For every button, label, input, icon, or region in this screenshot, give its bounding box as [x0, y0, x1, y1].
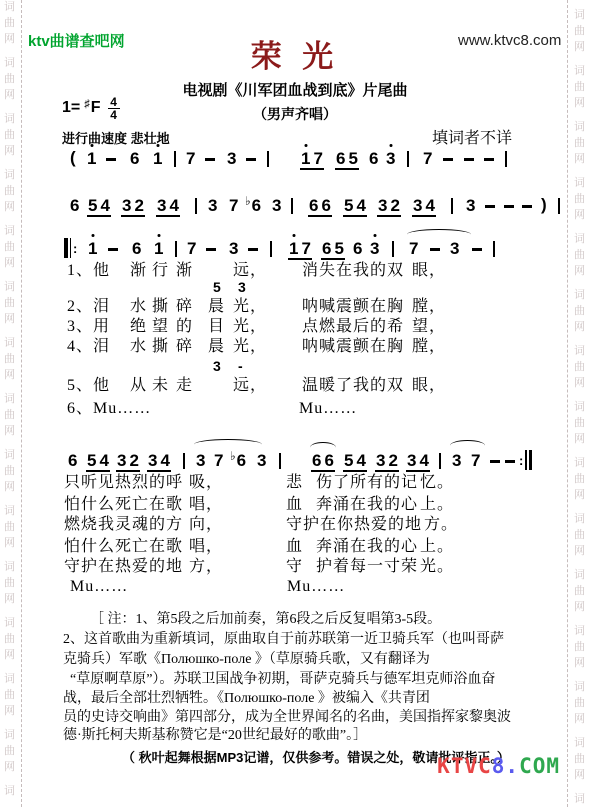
notation-note: 7 [471, 452, 480, 469]
barline [493, 241, 495, 257]
barline [183, 453, 185, 469]
chorus-lyric-segment: 悲 [286, 474, 303, 491]
barline [175, 241, 177, 257]
notation-note: 6 [324, 452, 333, 469]
notation-note: 7 [313, 150, 322, 167]
notation-note: 4 [99, 452, 108, 469]
notation-note: 6 [130, 150, 139, 167]
duration-dash [106, 158, 116, 161]
chorus-lyric-segment: 怕什么死亡在歌 [64, 538, 183, 555]
repeat-end-sign: : [519, 450, 532, 470]
watermark-right-char: 网 [574, 658, 585, 669]
key-letter: F [91, 97, 101, 119]
notation-beam-group: 32 [121, 197, 145, 217]
chorus-lyric-segment: 燃烧我灵魂的方 [64, 516, 183, 533]
notation-note: 7 [187, 240, 196, 257]
notation-beam-group: 34 [406, 452, 430, 472]
watermark-right-char: 词 [574, 10, 585, 21]
watermark-right-char: 网 [574, 98, 585, 109]
watermark-left-char: 词 [4, 282, 15, 293]
watermark-left-char: 词 [4, 338, 15, 349]
grace-note: 5 [213, 280, 221, 294]
watermark-right-char: 网 [574, 714, 585, 725]
watermark-left-char: 曲 [4, 354, 15, 365]
verse-lyric-segment: 6、Mu…… [67, 400, 151, 417]
notation-note: 5 [87, 452, 96, 469]
repeat-bar-thin [525, 450, 527, 470]
verse-lyric-segment: 碎 [176, 298, 193, 315]
chorus-lyric-segment: 伤了所有的记 [316, 474, 418, 491]
notation-note: 1 [301, 150, 310, 167]
barline [407, 151, 409, 167]
watermark-right-char: 词 [574, 66, 585, 77]
verse-lyric-segment: 1、他 [67, 262, 110, 279]
barline [174, 151, 176, 167]
barline [270, 241, 272, 257]
watermark-right-char: 曲 [574, 26, 585, 37]
notation-note: 7 [186, 150, 195, 167]
watermark-left-char: 曲 [4, 466, 15, 477]
chorus-lyric-segment: 守护在热爱的地 [64, 558, 183, 575]
grace-note: 3 [213, 359, 221, 373]
watermark-left-char: 曲 [4, 410, 15, 421]
verse-lyric-segment: 晨 [208, 338, 225, 355]
notation-note: 7 [409, 240, 418, 257]
notation-beam-group: 65 [321, 240, 345, 260]
duration-dash [504, 205, 514, 208]
watermark-left-char: 网 [4, 426, 15, 437]
duration-dash [246, 158, 256, 161]
notation-note: 3 [370, 240, 379, 257]
watermark-left-char: 网 [4, 146, 15, 157]
grace-note: - [238, 359, 243, 373]
footnote-line: 克骑兵）军歌《Полюшко-поле 》（草原骑兵歌，又有翻译为 [63, 652, 430, 667]
chorus-lyric-segment: 守护在你热爱的地 [286, 516, 422, 533]
watermark-left-char: 词 [4, 394, 15, 405]
verse-lyric-segment: 2、泪 [67, 298, 110, 315]
watermark-left-char: 网 [4, 202, 15, 213]
watermark-left-char: 曲 [4, 522, 15, 533]
verse-lyric-segment: 晨 [208, 298, 225, 315]
sharp-sign: ♯ [84, 97, 90, 111]
notation-note: 1 [289, 240, 298, 257]
verse-lyric-segment: 撕 [152, 338, 169, 355]
watermark-right-char: 网 [574, 434, 585, 445]
notation-note: 6 [312, 452, 321, 469]
watermark-right-char: 曲 [574, 362, 585, 373]
duration-dash [443, 158, 453, 161]
verse-lyric-segment: 碎 [176, 338, 193, 355]
chorus-lyric-segment: 奔涌在我的心 [316, 496, 418, 513]
chorus-lyric-segment: 方。 [424, 516, 458, 533]
verse-lyric-segment: 撕 [152, 298, 169, 315]
notation-beam-group: 65 [335, 150, 359, 170]
footnote-line: ［ 注：1、第5段之后加前奏，第6段之后反复唱第3-5段。 [90, 612, 441, 627]
verse-lyric-segment: 呐喊震颤在胸 [302, 298, 404, 315]
watermark-left-char: 词 [4, 226, 15, 237]
watermark-left-char: 网 [4, 314, 15, 325]
watermark-right-char: 网 [574, 154, 585, 165]
notation-note: 6 [369, 150, 378, 167]
watermark-right-char: 曲 [574, 586, 585, 597]
watermark-left-char: 曲 [4, 74, 15, 85]
watermark-left-char: 词 [4, 2, 15, 13]
verse-lyric-segment: 5、他 [67, 377, 110, 394]
verse-lyric-segment: 水 [130, 298, 147, 315]
watermark-left-char: 网 [4, 90, 15, 101]
notation-note: 6 [309, 197, 318, 214]
watermark-right-char: 词 [574, 794, 585, 805]
watermark-right-char: 词 [574, 626, 585, 637]
notation-note: 1 [153, 150, 162, 167]
notation-note: 6 [336, 150, 345, 167]
watermark-right-char: 网 [574, 322, 585, 333]
watermark-right-char: 网 [574, 546, 585, 557]
key-signature: 1= ♯ F 4 4 [62, 97, 120, 121]
notation-note: 7 [229, 197, 238, 214]
watermark-right-char: 词 [574, 122, 585, 133]
sheet-music-page: ktv曲谱查吧网 www.ktvc8.com 荣 光 电视剧《川军团血战到底》片… [0, 0, 590, 807]
notation-beam-group: 34 [147, 452, 171, 472]
chorus-lyric-segment: Mu…… [287, 578, 345, 595]
chorus-lyric-segment: 血 [286, 496, 303, 513]
watermark-left-char: 曲 [4, 690, 15, 701]
watermark-right-char: 词 [574, 402, 585, 413]
notation-note: 3 [386, 150, 395, 167]
chorus-lyric-segment: 唱， [189, 496, 223, 513]
watermark-right-char: 网 [574, 490, 585, 501]
repeat-begin-sign: : [64, 238, 77, 258]
lyricist-credit: 填词者不详 [432, 125, 512, 148]
verse-lyric-segment: 远， [233, 262, 267, 279]
verse-lyric-segment: 膛， [412, 338, 446, 355]
notation-note: 3 [208, 197, 217, 214]
notation-note: 1 [88, 240, 97, 257]
notation-note: 1 [154, 240, 163, 257]
notation-note: 6 [70, 197, 79, 214]
notation-beam-group: 54 [86, 452, 110, 472]
repeat-bar-thick [64, 238, 68, 258]
verse-lyric-segment: 绝 [130, 318, 147, 335]
footnote-line: 战，最后全部壮烈牺牲。《Полюшко-поле 》被编入《共青团 [63, 691, 430, 706]
notation-note: 3 [148, 452, 157, 469]
notation-note: 3 [466, 197, 475, 214]
verse-lyric-segment: 目 [208, 318, 225, 335]
repeat-dots: : [73, 242, 77, 255]
notation-note: 5 [344, 197, 353, 214]
watermark-left-char: 网 [4, 258, 15, 269]
flat-sign: ♭ [230, 450, 236, 462]
footnote-line: 德·斯托柯夫斯基称赞它是“20世纪最好的歌曲”。］ [63, 728, 367, 743]
duration-dash [205, 158, 215, 161]
notation-symbol: ) [541, 196, 547, 213]
notation-beam-group: 34 [156, 197, 180, 217]
watermark-left-char: 曲 [4, 186, 15, 197]
notation-beam-group: 34 [412, 197, 436, 217]
notation-note: 3 [272, 197, 281, 214]
logo-segment: . [505, 754, 519, 778]
watermark-right-char: 曲 [574, 306, 585, 317]
duration-dash [206, 248, 216, 251]
chorus-lyric-segment: Mu…… [70, 578, 128, 595]
notation-note: 5 [344, 452, 353, 469]
notation-note: 6 [132, 240, 141, 257]
watermark-right-char: 网 [574, 266, 585, 277]
duration-dash [430, 248, 440, 251]
barline [267, 151, 269, 167]
watermark-right-char: 词 [574, 234, 585, 245]
duration-dash [464, 158, 474, 161]
notation-note: 3 [257, 452, 266, 469]
watermark-right-char: 词 [574, 514, 585, 525]
verse-lyric-segment: 远， [233, 377, 267, 394]
watermark-left-char: 网 [4, 762, 15, 773]
notation-beam-group: 32 [116, 452, 140, 472]
logo-segment: COM [519, 754, 560, 778]
verse-lyric-segment: 渐 [176, 262, 193, 279]
watermark-right-char: 词 [574, 290, 585, 301]
watermark-left-char: 网 [4, 34, 15, 45]
watermark-right-char: 曲 [574, 418, 585, 429]
notation-beam-group: 17 [288, 240, 312, 260]
chorus-lyric-segment: 唱， [189, 538, 223, 555]
notation-note: 3 [117, 452, 126, 469]
watermark-right-char: 网 [574, 602, 585, 613]
verse-lyric-segment: 光， [233, 298, 267, 315]
watermark-right-char: 曲 [574, 474, 585, 485]
notation-note: 3 [450, 240, 459, 257]
notation-note: 3 [227, 150, 236, 167]
verse-lyric-segment: 行 [152, 262, 169, 279]
barline [451, 198, 453, 214]
notation-note: 3 [157, 197, 166, 214]
verse-lyric-segment: 点燃最后的希 [302, 318, 404, 335]
watermark-left-char: 曲 [4, 18, 15, 29]
watermark-right-char: 网 [574, 210, 585, 221]
watermark-left-char: 网 [4, 650, 15, 661]
watermark-left-char: 网 [4, 482, 15, 493]
notation-note: 6 [252, 197, 261, 214]
notation-note: 2 [390, 197, 399, 214]
barline [291, 198, 293, 214]
flat-note: ♭6 [245, 197, 261, 214]
notation-beam-group: 54 [87, 197, 111, 217]
verse-lyric-segment: 水 [130, 338, 147, 355]
chorus-lyric-segment: 方， [189, 558, 223, 575]
watermark-right-char: 曲 [574, 754, 585, 765]
notation-note: 7 [214, 452, 223, 469]
slur-arc [194, 439, 262, 450]
notation-note: 6 [353, 240, 362, 257]
key-prefix: 1= [62, 97, 80, 119]
verse-lyric-segment: 温暖了我的双 [302, 377, 404, 394]
notation-note: 3 [122, 197, 131, 214]
verse-lyric-segment: 从 [130, 377, 147, 394]
notation-note: 4 [425, 197, 434, 214]
slur-arc [450, 440, 485, 451]
watermark-right-char: 曲 [574, 530, 585, 541]
watermark-left-char: 词 [4, 674, 15, 685]
watermark-right-char: 网 [574, 378, 585, 389]
slur-arc [407, 229, 471, 240]
verse-lyric-segment: 望 [152, 318, 169, 335]
barline [439, 453, 441, 469]
chorus-lyric-segment: 光。 [420, 558, 454, 575]
watermark-right-char: 词 [574, 458, 585, 469]
verse-lyric-segment: 眼， [412, 262, 446, 279]
meter-numerator: 4 [108, 97, 120, 108]
repeat-bar-thin [70, 238, 72, 258]
duration-dash [490, 460, 500, 463]
chorus-lyric-segment: 忆。 [420, 474, 454, 491]
notation-note: 3 [413, 197, 422, 214]
watermark-left-char: 词 [4, 450, 15, 461]
watermark-left-char: 曲 [4, 746, 15, 757]
chorus-lyric-segment: 上。 [420, 496, 454, 513]
notation-note: 5 [348, 150, 357, 167]
notation-beam-group: 54 [343, 197, 367, 217]
meter-denominator: 4 [108, 108, 120, 121]
chorus-lyric-segment: 守 [286, 558, 303, 575]
verse-lyric-segment: 渐 [130, 262, 147, 279]
watermark-right-char: 词 [574, 682, 585, 693]
watermark-right-char: 网 [574, 770, 585, 781]
watermark-left-char: 词 [4, 562, 15, 573]
repeat-dots: : [519, 454, 523, 467]
watermark-left-char: 词 [4, 170, 15, 181]
barline [279, 453, 281, 469]
watermark-right-char: 曲 [574, 194, 585, 205]
notation-beam-group: 54 [343, 452, 367, 472]
notation-note: 4 [160, 452, 169, 469]
verse-lyric-segment: 4、泪 [67, 338, 110, 355]
watermark-right-char: 曲 [574, 138, 585, 149]
duration-dash [484, 158, 494, 161]
notation-note: 5 [334, 240, 343, 257]
notation-note: 6 [237, 452, 246, 469]
watermark-left-char: 网 [4, 706, 15, 717]
duration-dash [248, 248, 258, 251]
notation-note: 6 [322, 240, 331, 257]
watermark-left-char: 网 [4, 538, 15, 549]
notation-beam-group: 66 [311, 452, 335, 472]
chorus-lyric-segment: 奔涌在我的心 [316, 538, 418, 555]
chorus-lyric-segment: 上。 [420, 538, 454, 555]
duration-dash [108, 248, 118, 251]
verse-lyric-segment: Mu…… [299, 400, 357, 417]
verse-lyric-segment: 光， [233, 338, 267, 355]
notation-beam-group: 32 [375, 452, 399, 472]
song-title: 荣 光 [0, 31, 590, 76]
slur-arc [310, 442, 336, 453]
logo-segment: 8 [492, 754, 506, 778]
verse-lyric-segment: 呐喊震颤在胸 [302, 338, 404, 355]
notation-note: 1 [87, 150, 96, 167]
notation-note: 3 [452, 452, 461, 469]
barline [195, 198, 197, 214]
watermark-left-char: 词 [4, 618, 15, 629]
notation-note: 7 [423, 150, 432, 167]
notation-beam-group: 17 [300, 150, 324, 170]
notation-note: 4 [419, 452, 428, 469]
grace-note: 3 [238, 280, 246, 294]
repeat-bar-thick [529, 450, 533, 470]
verse-lyric-segment: 3、用 [67, 318, 110, 335]
footnote-line: 2、这首歌曲为重新填词，原曲取自于前苏联第一近卫骑兵军（也叫哥萨 [63, 632, 504, 647]
verse-lyric-segment: 未 [152, 377, 169, 394]
notation-note: 4 [169, 197, 178, 214]
verse-lyric-segment: 望， [412, 318, 446, 335]
watermark-left-char: 网 [4, 370, 15, 381]
notation-note: 2 [388, 452, 397, 469]
verse-lyric-segment: 眼， [412, 377, 446, 394]
time-signature: 4 4 [108, 97, 120, 121]
barline [505, 151, 507, 167]
watermark-right-char: 词 [574, 738, 585, 749]
notation-note: 5 [88, 197, 97, 214]
notation-note: 3 [407, 452, 416, 469]
verse-lyric-segment: 光， [233, 318, 267, 335]
watermark-left-char: 词 [4, 786, 15, 797]
notation-beam-group: 66 [308, 197, 332, 217]
barline [392, 241, 394, 257]
footnote-line: 员的史诗交响曲》第四部分，成为全世界闻名的名曲，美国指挥家黎奥波 [63, 710, 511, 725]
chorus-lyric-segment: 血 [286, 538, 303, 555]
notation-note: 4 [100, 197, 109, 214]
notation-note: 4 [356, 197, 365, 214]
duration-dash [485, 205, 495, 208]
watermark-left-char: 曲 [4, 298, 15, 309]
watermark-left-char: 词 [4, 730, 15, 741]
notation-note: 6 [68, 452, 77, 469]
watermark-right-char: 网 [574, 42, 585, 53]
notation-note: 4 [356, 452, 365, 469]
notation-note: 2 [134, 197, 143, 214]
watermark-left-char: 网 [4, 594, 15, 605]
flat-sign: ♭ [245, 195, 251, 207]
duration-dash [505, 460, 515, 463]
watermark-left-char: 曲 [4, 130, 15, 141]
watermark-right-char: 曲 [574, 250, 585, 261]
watermark-right-char: 曲 [574, 82, 585, 93]
watermark-left-char: 词 [4, 506, 15, 517]
verse-lyric-segment: 的 [176, 318, 193, 335]
notation-note: 2 [129, 452, 138, 469]
chorus-lyric-segment: 吸， [189, 474, 223, 491]
notation-note: 3 [376, 452, 385, 469]
duration-dash [522, 205, 532, 208]
notation-note: 3 [229, 240, 238, 257]
watermark-right-char: 词 [574, 346, 585, 357]
verse-lyric-segment: 消失在我的双 [302, 262, 404, 279]
chorus-lyric-segment: 护着每一寸荣 [316, 558, 418, 575]
watermark-right-char: 词 [574, 178, 585, 189]
chorus-lyric-segment: 怕什么死亡在歌 [64, 496, 183, 513]
logo-segment: KTVC [437, 754, 492, 778]
chorus-lyric-segment: 向， [189, 516, 223, 533]
notation-note: 3 [196, 452, 205, 469]
notation-note: 6 [321, 197, 330, 214]
watermark-left-char: 曲 [4, 578, 15, 589]
flat-note: ♭6 [230, 452, 246, 469]
watermark-right-char: 曲 [574, 642, 585, 653]
barline [558, 198, 560, 214]
footer-logo[interactable]: KTVC8.COM [437, 756, 560, 777]
duration-dash [472, 248, 482, 251]
chorus-lyric-segment: 只听见热烈的呼 [64, 474, 183, 491]
tempo-marking: 进行曲速度 悲壮地 [62, 128, 170, 147]
notation-symbol: ( [70, 149, 76, 166]
